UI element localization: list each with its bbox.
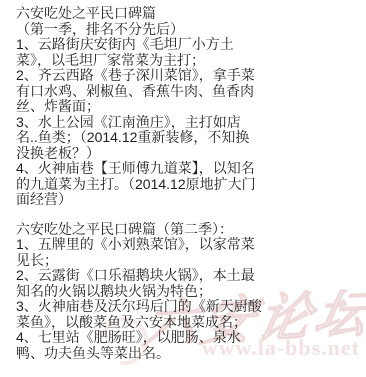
season2-section: 六安吃处之平民口碑篇（第二季）： 1、五牌里的《小刘熟菜馆》，以家常菜见长； 2… — [16, 222, 262, 362]
list-item: 1、五牌里的《小刘熟菜馆》，以家常菜见长； — [16, 237, 262, 268]
list-item: 2、云露街《口乐福鹅块火锅》，本土最知名的火锅以鹅块火锅为特色； — [16, 268, 262, 299]
list-item: 4、火神庙巷【王师傅九道菜】，以知名的九道菜为主打。（2014.12原地扩大门面… — [16, 161, 262, 208]
season1-subtitle: （第一季，排名不分先后） — [16, 22, 262, 38]
list-item: 1、云路街庆安街内《毛坦厂小方土菜》，以毛坦厂家常菜为主打； — [16, 37, 262, 68]
list-item: 4、七里站《肥肠旺》，以肥肠、泉水鸭、功夫鱼头等菜出名。 — [16, 330, 262, 361]
season1-title: 六安吃处之平民口碑篇 — [16, 6, 262, 22]
list-item: 3、火神庙巷及沃尔玛后门的《新天厨酸菜鱼》，以酸菜鱼及六安本地菜成名； — [16, 299, 262, 330]
list-item: 3、水上公园《江南渔庄》，主打如店名..鱼类；（2014.12重新装修，不知换没… — [16, 115, 262, 162]
post-body: 六安吃处之平民口碑篇 （第一季，排名不分先后） 1、云路街庆安街内《毛坦厂小方土… — [16, 6, 262, 361]
season2-title: 六安吃处之平民口碑篇（第二季）： — [16, 222, 262, 238]
season1-section: 六安吃处之平民口碑篇 （第一季，排名不分先后） 1、云路街庆安街内《毛坦厂小方土… — [16, 6, 262, 208]
list-item: 2、齐云西路《巷子深川菜馆》，拿手菜有口水鸡、剁椒鱼、香蕉牛肉、鱼香肉丝、炸酱面… — [16, 68, 262, 115]
